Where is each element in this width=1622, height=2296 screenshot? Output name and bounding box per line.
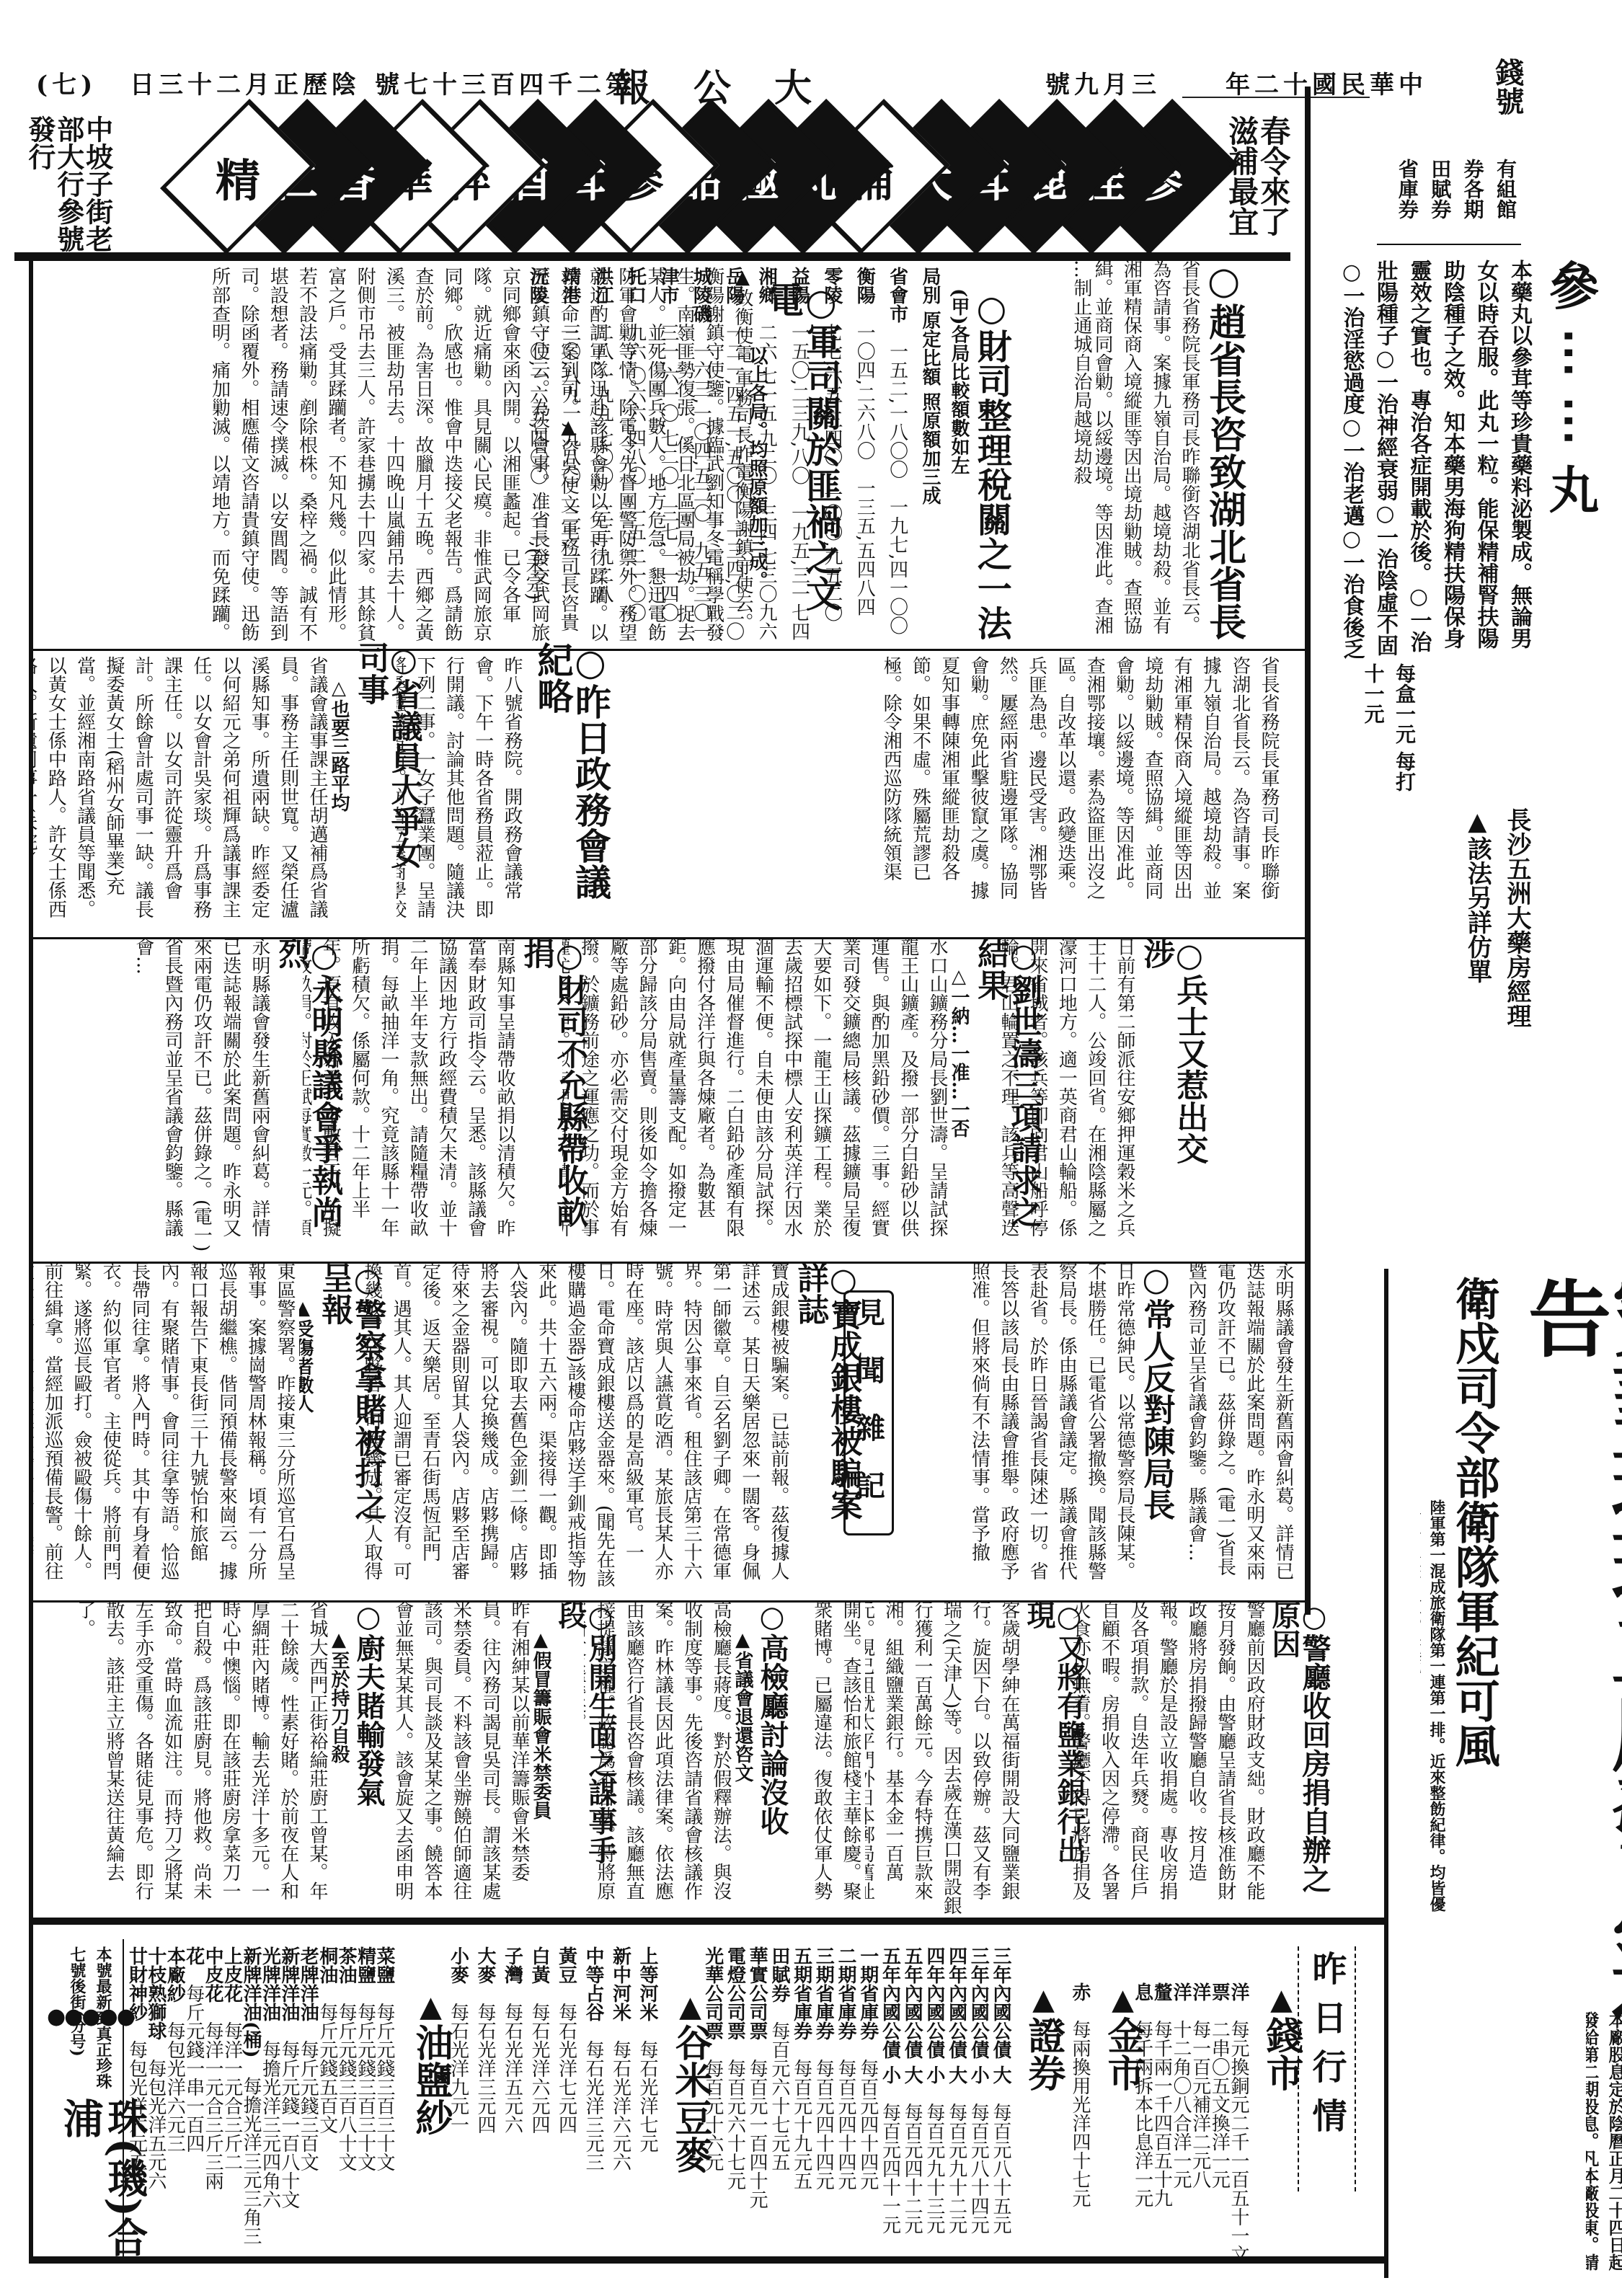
agent-note: 中坡子街老部大行參號發行: [25, 115, 112, 252]
market-item: 洋 十二角〇八合洋一元: [1177, 1982, 1197, 2285]
market-item: 釐 每千兩一千四百五十九: [1158, 1982, 1178, 2285]
market-item: 十枝熟獅球 每包光洋五元六: [152, 1946, 171, 2278]
pearl-ad-dots: ●●●●●: [47, 2004, 126, 2029]
market-item: 茶油 每斤元錢三百八十文: [343, 1946, 362, 2278]
top-right-ad-box: 有組館券各期田賦券省庫券: [1377, 159, 1521, 245]
medicine-ad-price: 每盒一元 每打十一元: [1334, 663, 1420, 807]
market-item: 三年內國公債 大 每百元八十五元: [994, 1946, 1016, 2278]
headline-zhao-to-hubei: 趙省長咨致湖北省長: [1204, 260, 1244, 663]
high-court-sub: ▲省議會退還咨文: [735, 1629, 757, 1817]
tax-table-row: 衡陽 一〇四,二六八〇 一三五,五四八四: [846, 267, 879, 656]
headline-baocheng-fraud: 寶成銀樓被騙案詳誌: [793, 1262, 859, 1550]
medicine-ad-body: 本藥丸以參茸等珍貴藥料泌製成。無論男女以時吞服。此丸一粒。能保精補腎扶陽助陰種子…: [1334, 260, 1535, 663]
gold-listings: 赤 每兩換用光洋四十七元: [1067, 1982, 1096, 2285]
market-item: 老牌洋油 每斤元錢三百文: [305, 1946, 324, 2278]
headline-govt-meeting: 昨日政務會議紀略: [533, 642, 609, 930]
market-gold-label: 金市: [1096, 1982, 1150, 2091]
headline-high-court: 高檢廳討論沒收: [757, 1600, 787, 1838]
garrison-ad-sub: 陸軍第一混成旅衛隊第一連第一排。近來整飭紀律。均皆優良。可爲該司令部之模範。: [1420, 1499, 1449, 1932]
market-item: 田賦券 每百元六十七元五: [773, 1946, 795, 2278]
market-item: 四年內國公債 小 每百元九十三元: [928, 1946, 950, 2278]
headline-military-bandit: 軍司關於匪禍之文電: [764, 281, 840, 627]
market-item: 三期省庫券 每百元四十四元: [817, 1946, 840, 2278]
market-item: 黃豆 每石光洋七元四: [555, 1946, 582, 2278]
market-item: 花 每斤元錢一串一百四: [190, 1946, 209, 2278]
market-item: 大麥 每石光洋三元四: [474, 1946, 502, 2278]
article-cook-gambling: 省城大西門正街裕綸莊廚工曾某。年二十餘歲。性素好賭。於前夜在人和厚綢莊內賭博。輸…: [58, 1600, 332, 1918]
banner-advertisement: 參桂鹿茸大補丸極品參茸酒粹華香仁精: [108, 105, 1290, 249]
ad-divider: [1384, 1269, 1388, 2278]
article-liu-requests: 水口山鑛務分局長劉世濤。呈請試探龍王山鑛產。及撥一部分白鉛砂以供運售。與酌加黑鉛…: [562, 937, 952, 1254]
baohua-ad-notice: 本廠股息定於陰曆正月二十四日起發給第二期股息。凡本廠股東。請持股票及息摺來廠領取…: [1586, 2011, 1622, 2285]
headline-yongming: 永明縣議會爭執尚烈: [274, 937, 340, 1240]
market-item: 三年內國公債 小 每百元八十四元: [972, 1946, 995, 2278]
market-item: 精鹽 每斤元錢三百三十文: [362, 1946, 381, 2278]
article-misc: 永明縣議會發生新舊兩會糾葛。詳情已迭誌報端關於此案問題。昨永明又來兩電仍攻訐不已…: [1182, 1262, 1298, 1593]
market-item: 華實公司票 每百元一百四十元: [750, 1946, 773, 2278]
article-permanent-opposition: 日昨常德紳民。以常德警察局長陳某。不堪勝任。已電省公署撤換。聞該縣警察局長。係由…: [966, 1262, 1139, 1593]
market-item: 本廠紗 每包光洋六元三: [172, 1946, 190, 2278]
column-divider: [1305, 87, 1311, 1615]
article-baocheng-fraud: 寶成銀樓被騙案。已誌前報。茲復據人詳述云。某日天樂居忽來一闊客。身佩第一師徽章。…: [360, 1262, 793, 1593]
liu-requests-sub: △一納…一准…一否: [952, 966, 973, 1139]
market-oil-label: 油鹽紗: [404, 1990, 458, 2136]
headline-cook-gambling: 廚夫賭輸發氣: [353, 1600, 384, 1817]
market-grain-label: 谷米豆麥: [663, 1990, 717, 2173]
market-item: 中等占谷 每石光洋三元三: [582, 1946, 610, 2278]
gambling-police-sub: ▲受傷者數人: [299, 1298, 317, 1442]
article-novel-scheme: 昨有湘紳某以前華洋籌賑會米禁委員。往內務司謁見吳司長。謂該某處米禁委員。不料該會…: [389, 1600, 533, 1918]
headline-gambling-police: 警察拿賭被打之呈報: [317, 1262, 384, 1550]
grain-listings: 上等河米 每石光洋七元新中河米 每石光洋六元六中等占谷 每石光洋三元三黃豆 每石…: [447, 1946, 663, 2278]
cook-gambling-sub: ▲至於持刀自殺: [332, 1629, 353, 1795]
garrison-ad-title: 衛戍司令部衛隊軍紀可風: [1449, 1276, 1498, 1925]
headline-soldier-incident: 兵士又惹出交涉: [1139, 937, 1205, 1182]
medicine-ad-dealer: 長沙五洲大藥房經理▲該法另詳仿單: [1334, 807, 1535, 1110]
market-securities-label: 證券: [1016, 1982, 1071, 2091]
banner-diamond: 精: [202, 105, 274, 249]
issue-number: 第二千四百三十七號: [375, 65, 634, 100]
market-item: 五年內國公債 大 每百元四十二元: [905, 1946, 928, 2278]
market-item: 四年內國公債 大 每百元九十二元: [950, 1946, 972, 2278]
article-police-house-tax: 警廳前因政府財政支絀。財政廳不能按月發餉。由警廳呈請省長核准飭財政廳將房捐撥歸警…: [1067, 1600, 1269, 1918]
securities-listings: 三年內國公債 大 每百元八十五元三年內國公債 小 每百元八十四元四年內國公債 大…: [706, 1946, 1016, 2278]
finance-tax-subheadline: (甲)各局比較額數如左: [944, 288, 973, 505]
masthead: 中華民國十二年 三月九號 大公報 第二千四百三十七號 陰歷正月二十三日 (七): [14, 58, 1611, 101]
bottom-rule: [29, 2256, 1384, 2264]
headline-novel-scheme: 別開生面之謀事手段: [555, 1600, 616, 1874]
article-yongming: 永明縣議會發生新舊兩會糾葛。詳情已迭誌報端關於此案問題。昨永明又來兩電仍攻訐不已…: [29, 937, 274, 1254]
market-item: 一期省庫券 每百元四十四元: [861, 1946, 884, 2278]
market-rule: [29, 1918, 1384, 1925]
market-item: 五年內國公債 小 每百元四十一元: [884, 1946, 906, 2278]
market-item: 上等河米 每石光洋七元: [637, 1946, 664, 2278]
headline-finance-county: 財司不允縣帶收畝捐: [519, 937, 585, 1240]
article-military-bandit: ▲致衡使電 軍務司長昨電衡陽謝鎮守使云。衡陽謝鎮守使鑒。據臨武劉知事冬電稱學戰發…: [29, 267, 757, 642]
market-item: 電燈公司票 每百元六十七元: [729, 1946, 751, 2278]
market-item: 赤 每兩換用光洋四十七元: [1067, 1982, 1096, 2285]
tax-table-header: 局別 原定比額 照原額加三成: [912, 267, 944, 656]
medicine-ad-title: 參 ⋯ ⋯ 丸: [1543, 260, 1598, 514]
market-item: 上皮花 每洋一元合三斤二: [229, 1946, 247, 2278]
lunar-date: 陰歷正月二十三日: [130, 65, 360, 100]
market-item: 光牌洋油 每擔光洋三元四角六: [267, 1946, 285, 2278]
novel-scheme-sub: ▲假冒籌賑會米禁委員: [533, 1629, 555, 1845]
article-gambling-police: 東區警察署。昨接東三分所巡官石爲呈報事。案據崗警周林報稱。頃有一分所巡長胡繼樵。…: [29, 1262, 299, 1593]
slogan: 春令來了滋補最宜: [1226, 115, 1289, 252]
women-clerk-sub: △也要三路平均: [332, 678, 353, 822]
headline-permanent-opposition: 常人反對陳局長: [1139, 1262, 1172, 1521]
currency-listings: 洋 每元換銅元二千一百五十一文票 二串〇五文換洋一元洋 每一百元補洋二元八洋 十…: [1139, 1982, 1254, 2285]
headline-liu-requests: 劉世濤三項請求之結果: [973, 937, 1040, 1240]
market-item: 白黃 每石光洋六元四: [528, 1946, 556, 2278]
market-item: 二期省庫券 每百元四十四元: [839, 1946, 861, 2278]
article-zhao-to-hubei: 省長省務院長軍務司長昨聯銜咨湖北省長云。為咨請事。案據九嶺自治局。越境劫殺。並有…: [1096, 260, 1204, 634]
market-item: 桐油 每斤元錢五百文: [324, 1946, 342, 2278]
market-item: 新中河米 每石光洋六元六: [609, 1946, 637, 2278]
baohua-ad-title: 寶華玻璃工廠發息通告: [1521, 1276, 1622, 2069]
month-day: 三月九號: [1045, 65, 1161, 100]
market-item: 新牌洋油 每斤元錢一百八十文: [285, 1946, 304, 2278]
headline-police-house-tax: 警廳收回房捐自辦之原因: [1269, 1600, 1329, 1903]
market-item: 新牌洋油(桶) 每擔光洋三元三角三: [248, 1946, 267, 2278]
article-women-clerk: 省議會議事課主任胡邁補爲省議員。事務主任則世寬。又榮任瀘溪縣知事。所遺兩缺。昨經…: [29, 656, 332, 930]
market-item: 票 二串〇五文換洋一元: [1216, 1982, 1236, 2285]
market-currency-label: 錢市: [1254, 1982, 1308, 2091]
newspaper-page: 中華民國十二年 三月九號 大公報 第二千四百三十七號 陰歷正月二十三日 (七) …: [14, 43, 1611, 2267]
headline-salt-bank: 又將有鹽業銀行出現: [1024, 1600, 1084, 1874]
left-border: [29, 260, 33, 2264]
page-marker: (七): [36, 65, 97, 100]
market-item: 洋 每元換銅元二千一百五十一文: [1235, 1982, 1254, 2285]
republic-date: 中華民國十二年: [1226, 65, 1427, 100]
tax-table-row: 省會市 一五二,一八〇〇 一九七,四一〇〇: [879, 267, 911, 656]
top-right-ad-title: 錢號: [1492, 58, 1523, 115]
headline-women-clerk: 省議員大爭女司事: [353, 642, 420, 872]
market-item: 洋 每一百元補洋二元八: [1197, 1982, 1216, 2285]
pearl-ad-title: 珠(璣)合浦: [58, 2098, 146, 2267]
article-salt-bank: 客歲胡學紳在萬福街開設大同鹽業銀行。旋因下台。以致停辦。茲又有李瑞之(天津人)等…: [865, 1600, 1024, 1918]
market-item: 菜鹽 每斤元錢三百三十文: [381, 1946, 400, 2278]
headline-finance-tax: 財司整理稅關之一法: [973, 288, 1009, 649]
article-hotel-soldiers: 開坐。查該怡和旅館棧主華餘慶。聚衆賭博。已屬違法。復敢依仗軍人勢力。並由一師司令…: [807, 1600, 865, 1918]
article-continued-hubei: 省長省務院長軍務司長昨聯銜咨湖北省長云。為咨請事。案據九嶺自治局。越境劫殺。並有…: [879, 656, 1283, 916]
row-rule: [29, 649, 1305, 651]
market-item: 中皮花 每洋一元合三斤三兩: [210, 1946, 229, 2278]
oil-cotton-listings: 菜鹽 每斤元錢三百三十文精鹽 每斤元錢三百三十文茶油 每斤元錢三百八十文桐油 每…: [133, 1946, 400, 2278]
market-item: 子灣 每石光洋五元六: [501, 1946, 528, 2278]
market-item: 五期省庫券 每百元十九元五: [795, 1946, 817, 2278]
